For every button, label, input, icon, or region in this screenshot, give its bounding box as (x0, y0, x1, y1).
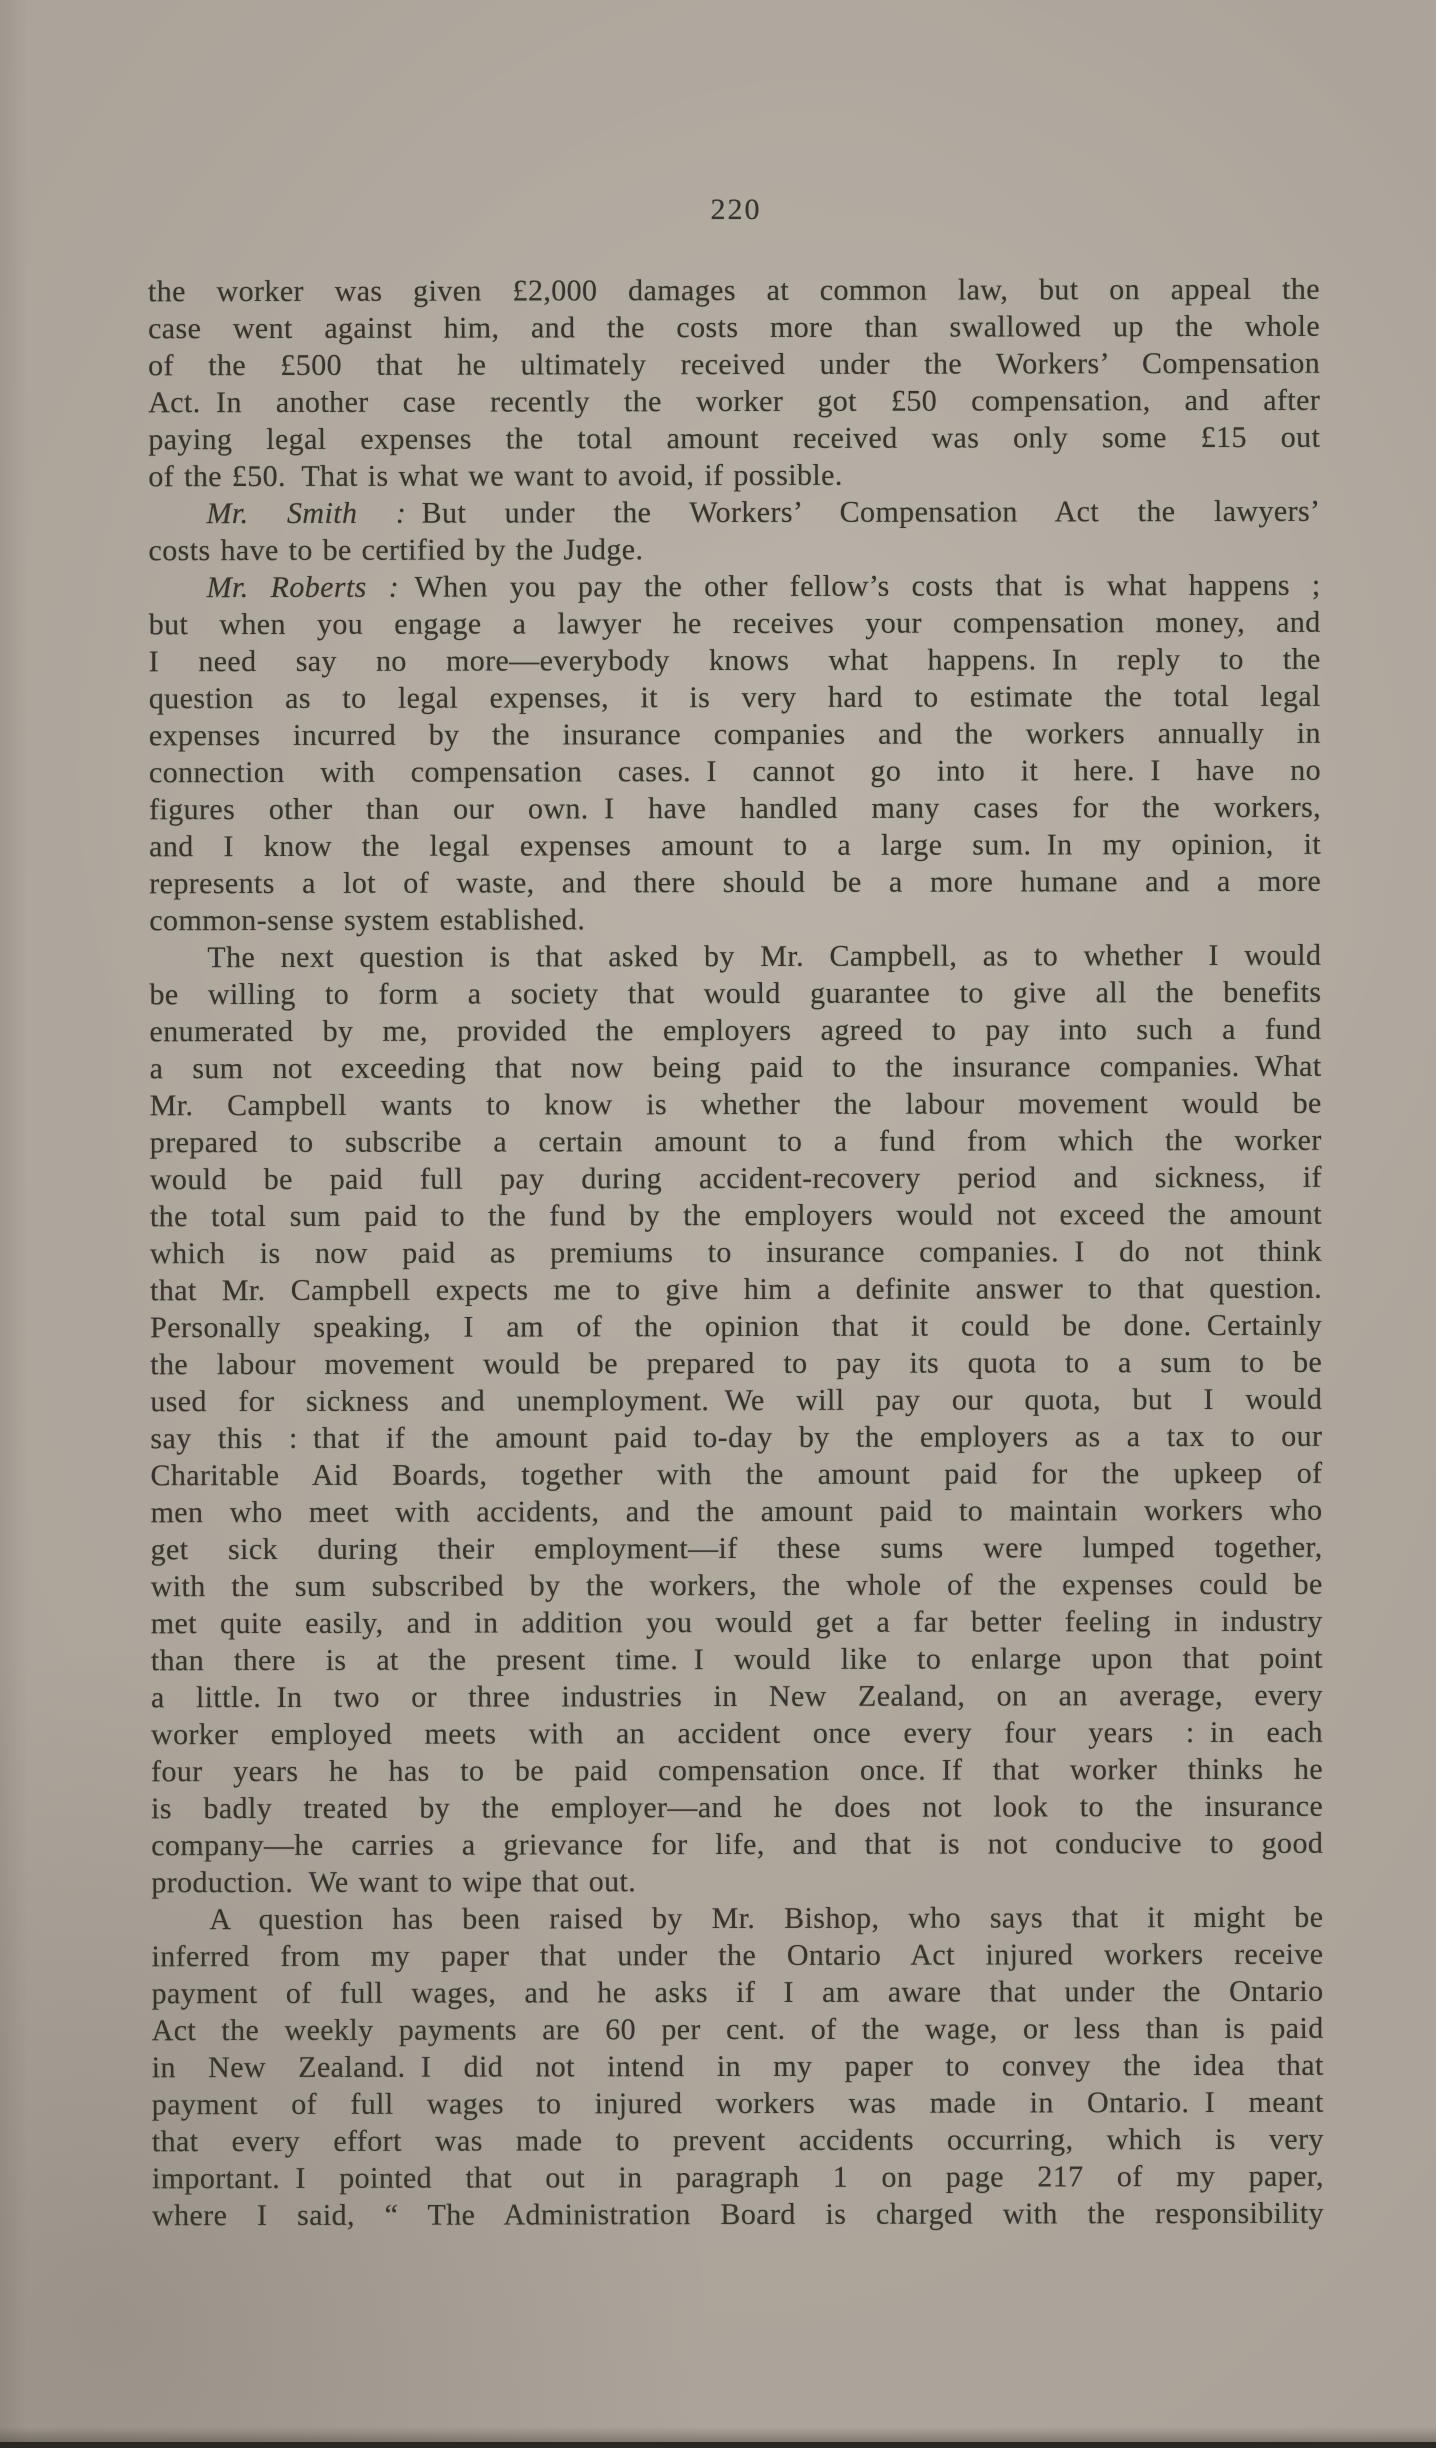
text-line: which is now paid as premiums to insuran… (150, 1233, 1322, 1272)
text-line: four years he has to be paid compensatio… (151, 1751, 1323, 1790)
text-line: important. I pointed that out in paragra… (152, 2158, 1324, 2197)
text-line: production. We want to wipe that out. (151, 1862, 1323, 1901)
text-line: company—he carries a grievance for life,… (151, 1825, 1323, 1864)
text-line: say this : that if the amount paid to-da… (150, 1418, 1322, 1457)
text-line: Mr. Campbell wants to know is whether th… (150, 1085, 1322, 1124)
text-line: paying legal expenses the total amount r… (148, 419, 1320, 458)
page-number: 220 (150, 193, 1322, 227)
text-line: worker employed meets with an accident o… (151, 1714, 1323, 1753)
text-line: get sick during their employment—if thes… (151, 1529, 1323, 1568)
book-page: 220 the worker was given £2,000 damages … (0, 0, 1436, 2448)
text-line: the labour movement would be prepared to… (150, 1344, 1322, 1383)
text-line: that Mr. Campbell expects me to give him… (150, 1270, 1322, 1309)
text-line: would be paid full pay during accident-r… (150, 1159, 1322, 1198)
text-line: payment of full wages to injured workers… (152, 2084, 1324, 2123)
speaker-name: Mr. Smith : (206, 497, 406, 530)
text-line: but when you engage a lawyer he receives… (149, 604, 1321, 643)
text-line: common-sense system established. (149, 900, 1321, 939)
text-line: the worker was given £2,000 damages at c… (148, 271, 1320, 310)
text-line: where I said, “ The Administration Board… (152, 2195, 1324, 2234)
text-line: The next question is that asked by Mr. C… (149, 937, 1321, 976)
text-line: expenses incurred by the insurance compa… (149, 715, 1321, 754)
text-line: of the £500 that he ultimately received … (148, 345, 1320, 384)
text-line: a little. In two or three industries in … (151, 1677, 1323, 1716)
text-line: met quite easily, and in addition you wo… (151, 1603, 1323, 1642)
text-line: Personally speaking, I am of the opinion… (150, 1307, 1322, 1346)
text-line: a sum not exceeding that now being paid … (150, 1048, 1322, 1087)
text-line: enumerated by me, provided the employers… (149, 1011, 1321, 1050)
text-line: the total sum paid to the fund by the em… (150, 1196, 1322, 1235)
page-bottom-edge (0, 2442, 1436, 2448)
text-line: and I know the legal expenses amount to … (149, 826, 1321, 865)
text-line: Act. In another case recently the worker… (148, 382, 1320, 421)
text-line: payment of full wages, and he asks if I … (152, 1973, 1324, 2012)
text-line: figures other than our own. I have handl… (149, 789, 1321, 828)
text-line: Charitable Aid Boards, together with the… (150, 1455, 1322, 1494)
text-line: prepared to subscribe a certain amount t… (150, 1122, 1322, 1161)
page-bottom-shadow (0, 2427, 1436, 2443)
text-line: with the sum subscribed by the workers, … (151, 1566, 1323, 1605)
text-line: costs have to be certified by the Judge. (148, 530, 1320, 569)
text-line: men who meet with accidents, and the amo… (151, 1492, 1323, 1531)
text-line: represents a lot of waste, and there sho… (149, 863, 1321, 902)
text-line: be willing to form a society that would … (149, 974, 1321, 1013)
text-line: question as to legal expenses, it is ver… (149, 678, 1321, 717)
text-line: of the £50. That is what we want to avoi… (148, 456, 1320, 495)
text-line: A question has been raised by Mr. Bishop… (151, 1899, 1323, 1938)
speaker-name: Mr. Roberts : (207, 571, 400, 604)
text-line: Act the weekly payments are 60 per cent.… (152, 2010, 1324, 2049)
text-line: Mr. Smith : But under the Workers’ Compe… (148, 493, 1320, 532)
text-line: in New Zealand. I did not intend in my p… (152, 2047, 1324, 2086)
text-line: is badly treated by the employer—and he … (151, 1788, 1323, 1827)
text-line: Mr. Roberts : When you pay the other fel… (149, 567, 1321, 606)
text-line: than there is at the present time. I wou… (151, 1640, 1323, 1679)
text-line: connection with compensation cases. I ca… (149, 752, 1321, 791)
text-line: used for sickness and unemployment. We w… (150, 1381, 1322, 1420)
text-line: case went against him, and the costs mor… (148, 308, 1320, 347)
text-line: that every effort was made to prevent ac… (152, 2121, 1324, 2160)
page-left-edge-shading (0, 0, 28, 2448)
page-text: the worker was given £2,000 damages at c… (148, 271, 1324, 2234)
text-line: inferred from my paper that under the On… (151, 1936, 1323, 1975)
text-line: I need say no more—everybody knows what … (149, 641, 1321, 680)
